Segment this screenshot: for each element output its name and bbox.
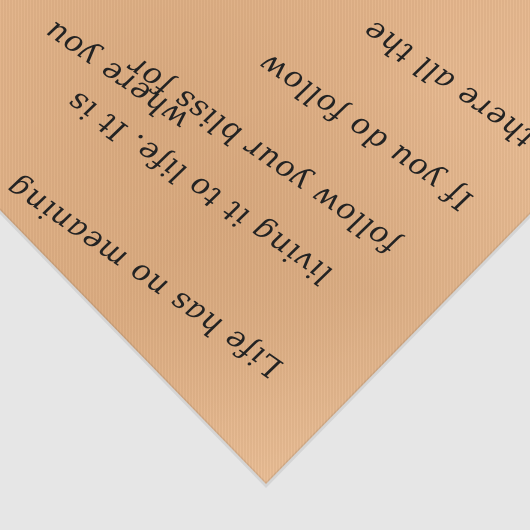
photo-scene: there all the If you do follow follow yo… [0,0,530,530]
handwritten-script: there all the If you do follow follow yo… [0,0,530,530]
